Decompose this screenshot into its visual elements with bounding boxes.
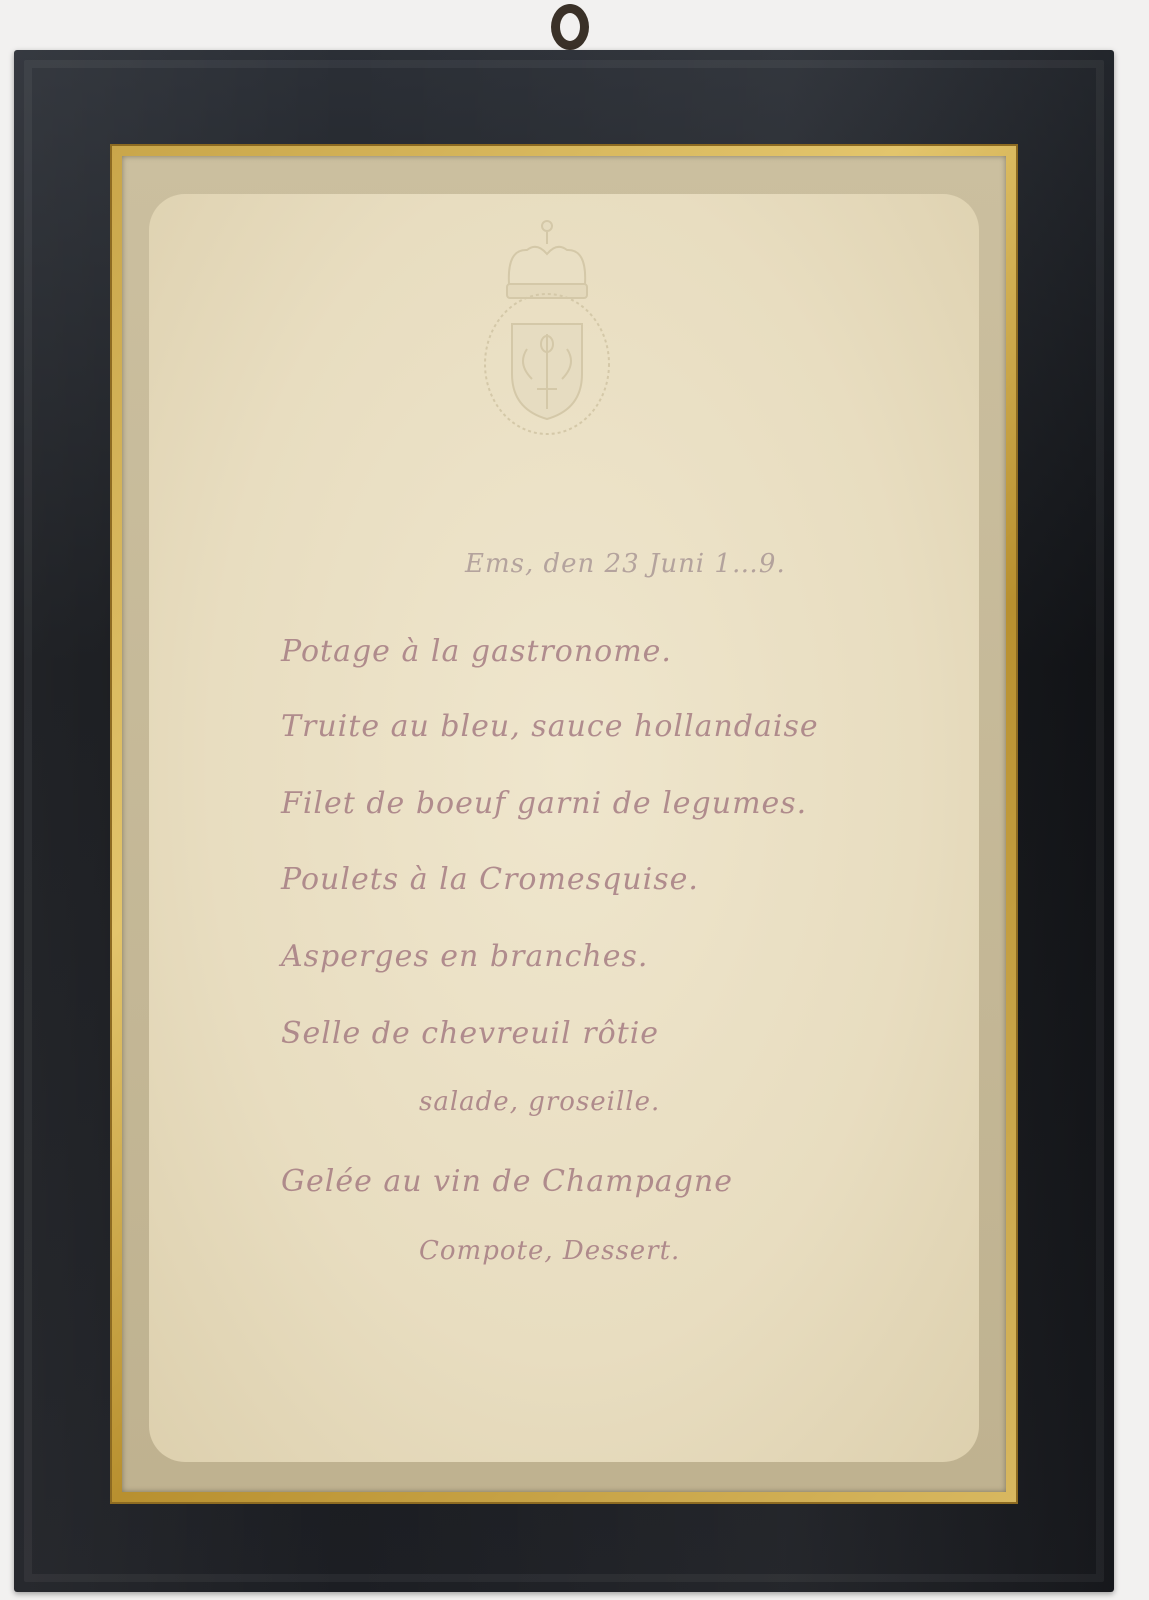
- picture-frame: Ems, den 23 Juni 1…9. Potage à la gastro…: [14, 50, 1114, 1592]
- menu-item: Poulets à la Cromesquise.: [281, 862, 699, 897]
- menu-item: Truite au bleu, sauce hollandaise: [281, 709, 819, 744]
- menu-item: Compote, Dessert.: [419, 1236, 680, 1266]
- hanging-ring: [551, 4, 589, 50]
- menu-item: Gelée au vin de Champagne: [281, 1164, 733, 1199]
- menu-text: Ems, den 23 Juni 1…9. Potage à la gastro…: [149, 194, 979, 1462]
- menu-item: Potage à la gastronome.: [281, 634, 672, 669]
- mat-board: Ems, den 23 Juni 1…9. Potage à la gastro…: [122, 156, 1006, 1492]
- menu-dateline: Ems, den 23 Juni 1…9.: [465, 549, 786, 579]
- gold-inner-strip: Ems, den 23 Juni 1…9. Potage à la gastro…: [110, 144, 1018, 1504]
- menu-item: Asperges en branches.: [281, 939, 648, 974]
- menu-item: Selle de chevreuil rôtie: [281, 1016, 659, 1051]
- menu-card: Ems, den 23 Juni 1…9. Potage à la gastro…: [149, 194, 979, 1462]
- menu-item: Filet de boeuf garni de legumes.: [281, 786, 807, 821]
- menu-item: salade, groseille.: [419, 1087, 660, 1117]
